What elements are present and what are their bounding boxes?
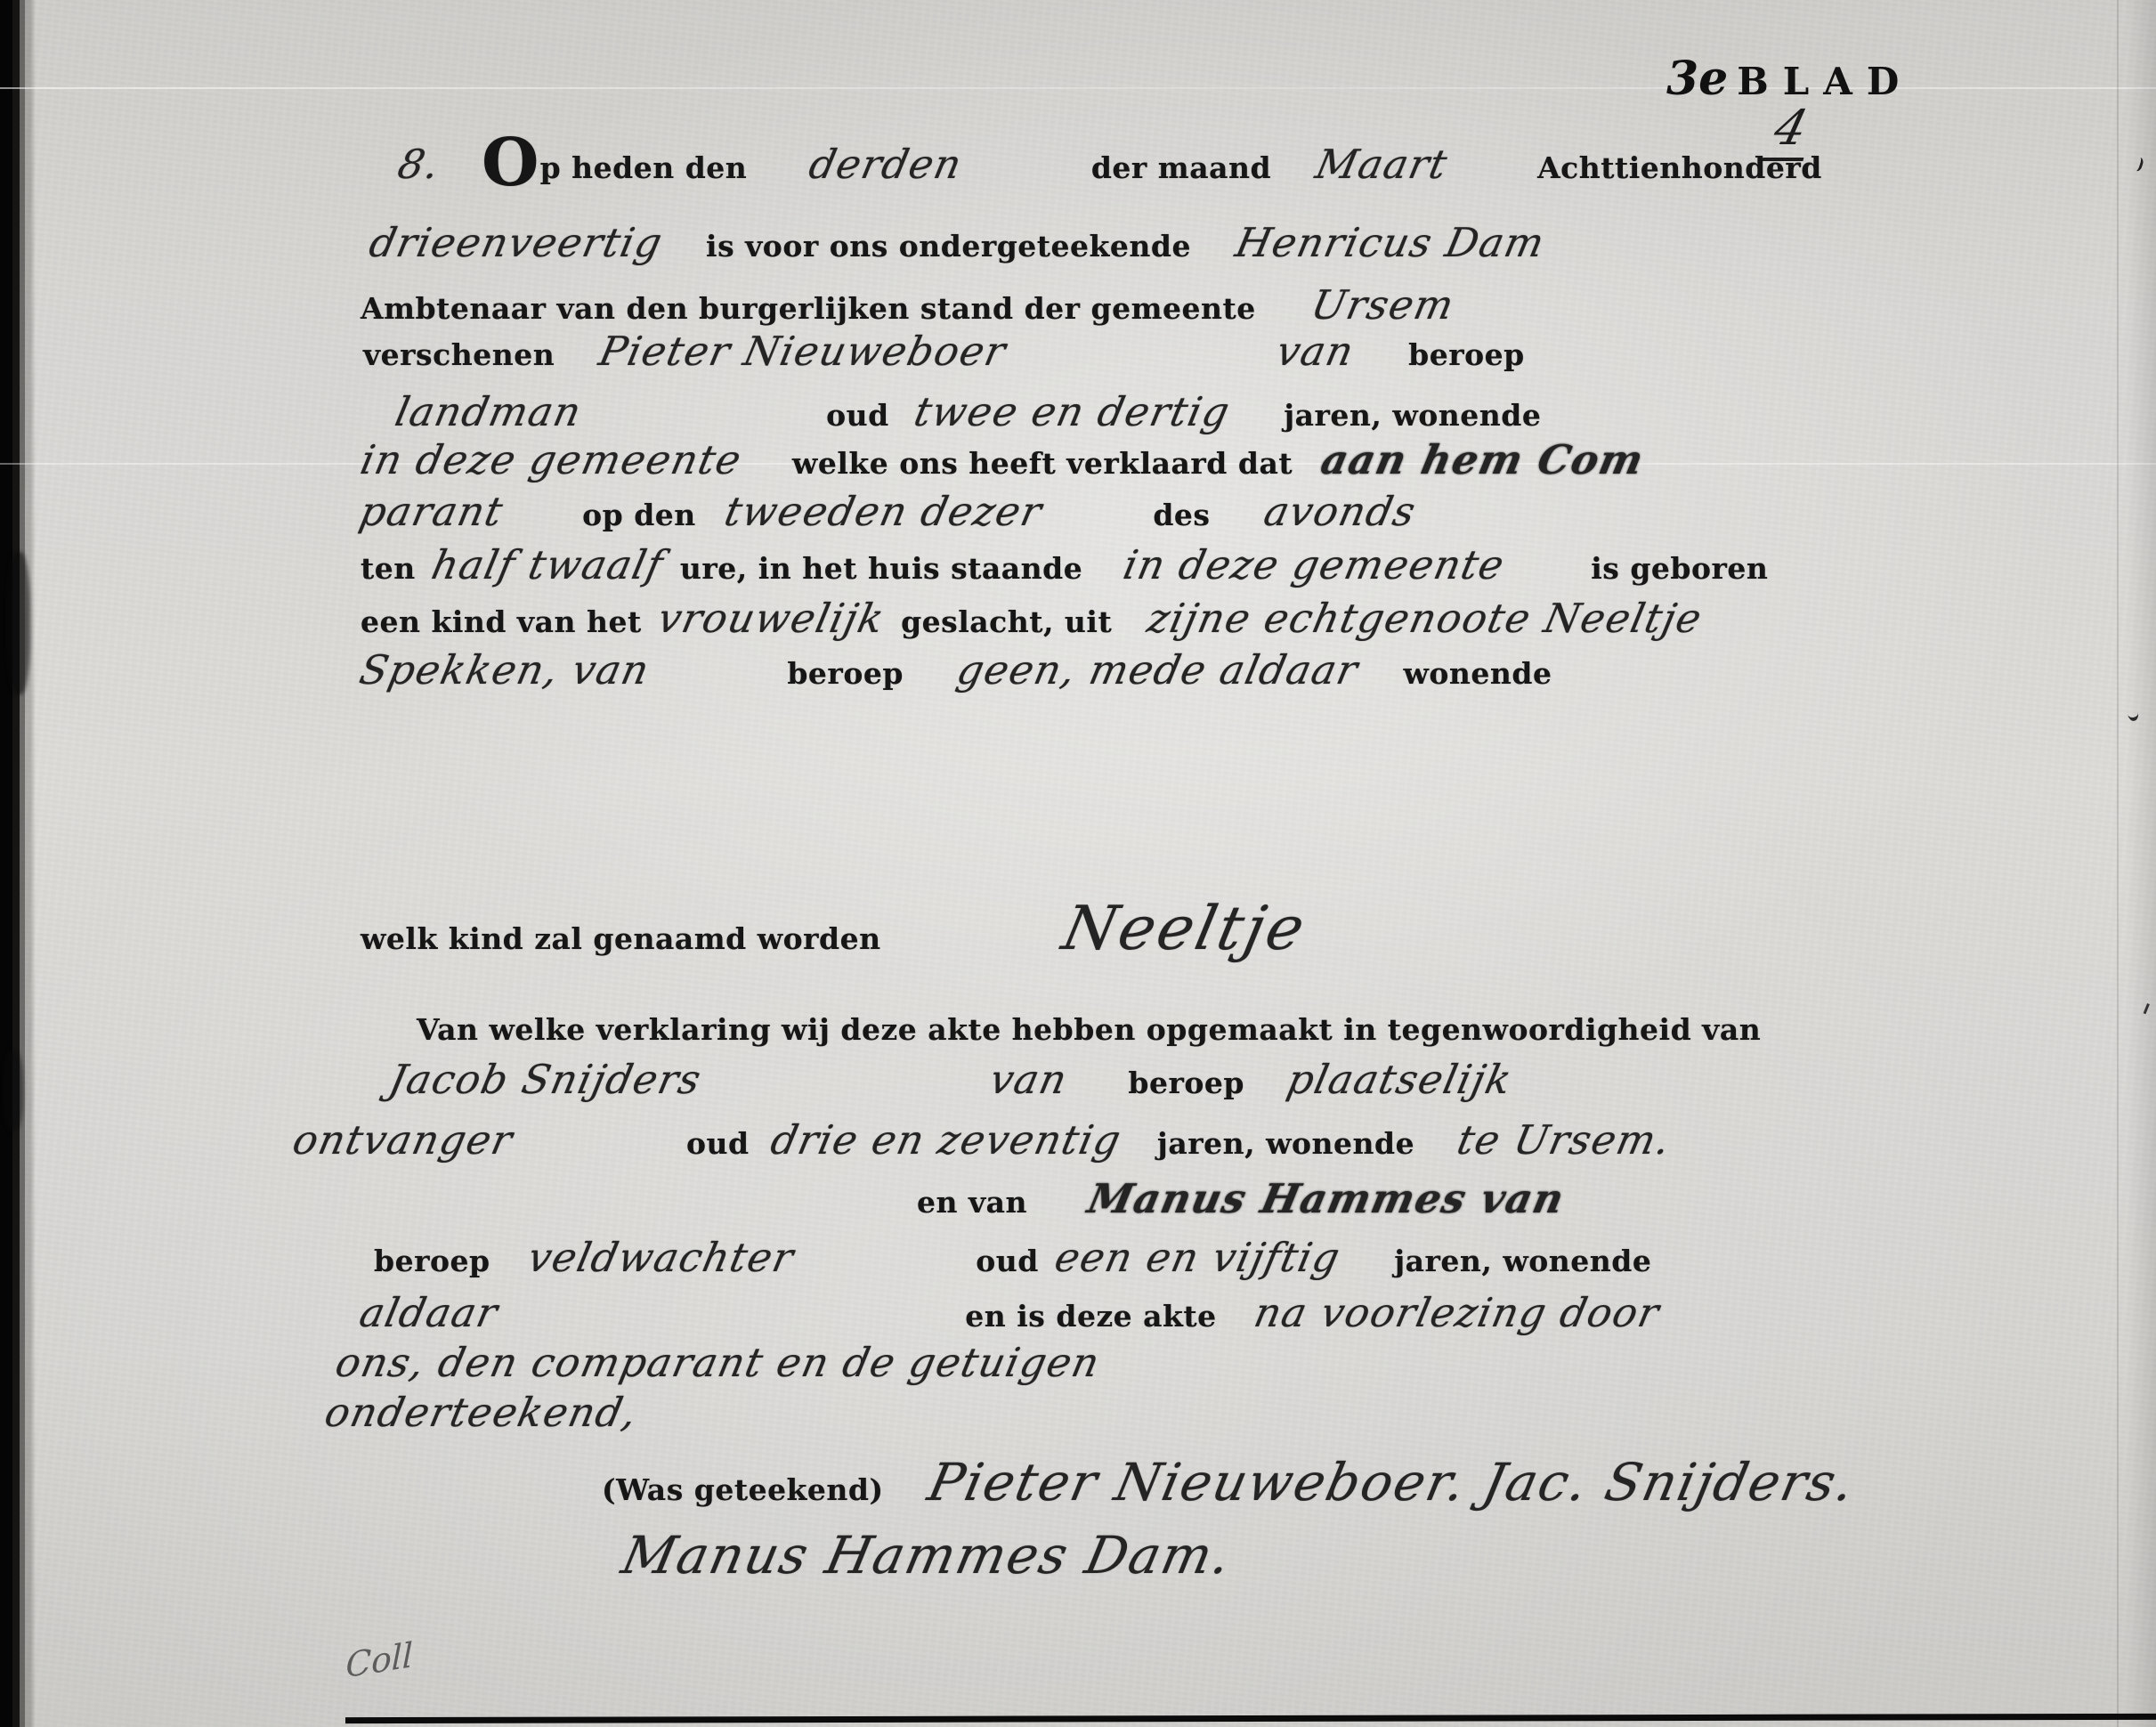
form-text: ten [361,551,416,586]
form-text: oud [826,398,889,433]
signature-line: (Was geteekend) Pieter Nieuweboer. Jac. … [602,1456,1854,1508]
handwritten-text: van [1274,331,1358,371]
act-line: en van Manus Hammes van [917,1179,1564,1219]
act-line: 8. O p heden den derden der maand Maart … [399,130,1822,196]
handwritten-registrar-name: Henricus Dam [1232,223,1548,263]
handwritten-witness2-occupation: veldwachter [524,1237,798,1277]
handwritten-birth-place: in deze gemeente [1121,545,1509,585]
form-text: oud [686,1126,750,1161]
handwritten-occupation: landman [392,392,586,432]
form-text: beroep [374,1244,490,1278]
handwritten-declarant-name: Pieter Nieuweboer [596,331,1010,371]
handwritten-text: van [986,1059,1071,1099]
form-text: jaren, wonende [1284,398,1541,433]
act-line: onderteekend, [326,1392,637,1432]
act-line: een kind van het vrouwelijk geslacht, ui… [361,598,1702,638]
act-line: verschenen Pieter Nieuweboer van beroep [363,331,1525,371]
handwritten-witness1-name: Jacob Snijders [385,1059,705,1099]
form-text: welk kind zal genaamd worden [361,921,881,956]
handwritten-text: parant [356,491,507,531]
form-text: oud [976,1244,1039,1278]
signatures-row-1: Pieter Nieuweboer. Jac. Snijders. [924,1456,1860,1508]
form-text: is voor ons ondergeteekende [706,229,1191,264]
signatures-row-2: Manus Hammes Dam. [618,1529,1236,1581]
handwritten-text: aan hem Com [1317,440,1648,480]
form-text: geslacht, uit [901,604,1112,639]
form-text: Ambtenaar van den burgerlijken stand der… [361,291,1256,326]
handwritten-witness1-age: drie en zeventig [767,1120,1125,1160]
handwritten-residence: in deze gemeente [357,440,745,480]
collation-mark: Coll [345,1643,413,1677]
sheet-label: 3eBLAD [1666,52,1913,106]
handwritten-mother-name: zijne echtgenoote Neeltje [1145,598,1706,638]
handwritten-mother-surname: Spekken, van [356,650,653,690]
act-line: ten half twaalf ure, in het huis staande… [361,545,1768,585]
form-text: p heden den [540,150,748,185]
form-text: Achttienhonderd [1537,150,1822,185]
form-text: welke ons heeft verklaard dat [792,446,1293,481]
sheet-word: BLAD [1737,60,1913,103]
handwritten-year: drieenveertig [366,223,667,263]
form-text: jaren, wonende [1157,1126,1414,1161]
act-number: 8. [394,144,444,184]
next-act-rule [345,1714,2156,1723]
act-line: landman oud twee en dertig jaren, wonend… [396,392,1541,432]
act-line: ons, den comparant en de getuigen [336,1342,1099,1382]
act-line: welk kind zal genaamd worden Neeltje [361,899,1305,960]
handwritten-text: ons, den comparant en de getuigen [332,1342,1104,1382]
handwritten-day: derden [806,144,967,184]
handwritten-child-name: Neeltje [1057,899,1311,960]
handwritten-witness2-age: een en vijftig [1051,1237,1344,1277]
act-line: Van welke verklaring wij deze akte hebbe… [417,1015,1761,1044]
handwritten-witness1-occupation: ontvanger [289,1120,516,1160]
handwritten-birth-date: tweeden dezer [721,491,1046,531]
act-line: Jacob Snijders van beroep plaatselijk [390,1059,1512,1099]
handwritten-month: Maart [1312,144,1451,184]
sheet-ordinal: 3e [1666,52,1728,106]
form-text: ure, in het huis staande [680,551,1082,586]
form-text: (Was geteekend) [602,1472,884,1507]
form-text: is geboren [1591,551,1768,586]
form-text: beroep [1408,337,1525,372]
book-binding-edge [0,0,36,1727]
handwritten-gender: vrouwelijk [654,598,888,638]
handwritten-municipality: Ursem [1308,285,1458,325]
act-line: drieenveertig is voor ons ondergeteekend… [370,223,1544,263]
binding-ink-blot [4,1050,23,1131]
act-line: Spekken, van beroep geen, mede aldaar wo… [361,650,1552,690]
form-text: een kind van het [361,604,642,639]
handwritten-witness1-residence: te Ursem. [1454,1120,1674,1160]
form-text: Van welke verklaring wij deze akte hebbe… [417,1012,1761,1047]
handwritten-witness2-name: Manus Hammes van [1084,1179,1568,1219]
act-line: parant op den tweeden dezer des avonds [361,491,1415,531]
drop-cap: O [482,125,539,201]
page-edge-shadow [2126,0,2156,1727]
form-text: beroep [787,656,904,691]
handwritten-text: na voorlezing door [1251,1293,1664,1333]
paper-crease [2117,0,2119,1727]
pencil-mark: Coll [345,1638,413,1683]
handwritten-text: onderteekend, [321,1392,641,1432]
form-text: wonende [1404,656,1552,691]
form-text: der maand [1091,150,1271,185]
form-text: op den [582,498,696,532]
form-text: beroep [1128,1066,1244,1100]
form-text: verschenen [363,337,555,372]
form-text: en van [917,1185,1027,1220]
handwritten-age: twee en dertig [911,392,1234,432]
handwritten-text: geen, mede aldaar [953,650,1362,690]
act-line: in deze gemeente welke ons heeft verklaa… [361,440,1643,480]
act-line: ontvanger oud drie en zeventig jaren, wo… [294,1120,1671,1160]
form-text: des [1153,498,1210,532]
handwritten-witness2-residence: aldaar [356,1293,502,1333]
handwritten-text: plaatselijk [1284,1059,1516,1099]
handwritten-birth-time: half twaalf [428,545,668,585]
form-text: en is deze akte [965,1299,1216,1334]
signature-line: Manus Hammes Dam. [623,1529,1231,1581]
binding-ink-blot [7,552,30,694]
form-text: jaren, wonende [1394,1244,1651,1278]
act-line: aldaar en is deze akte na voorlezing doo… [361,1293,1659,1333]
act-line: Ambtenaar van den burgerlijken stand der… [361,285,1454,325]
handwritten-text: avonds [1260,491,1420,531]
act-line: beroep veldwachter oud een en vijftig ja… [374,1237,1651,1277]
